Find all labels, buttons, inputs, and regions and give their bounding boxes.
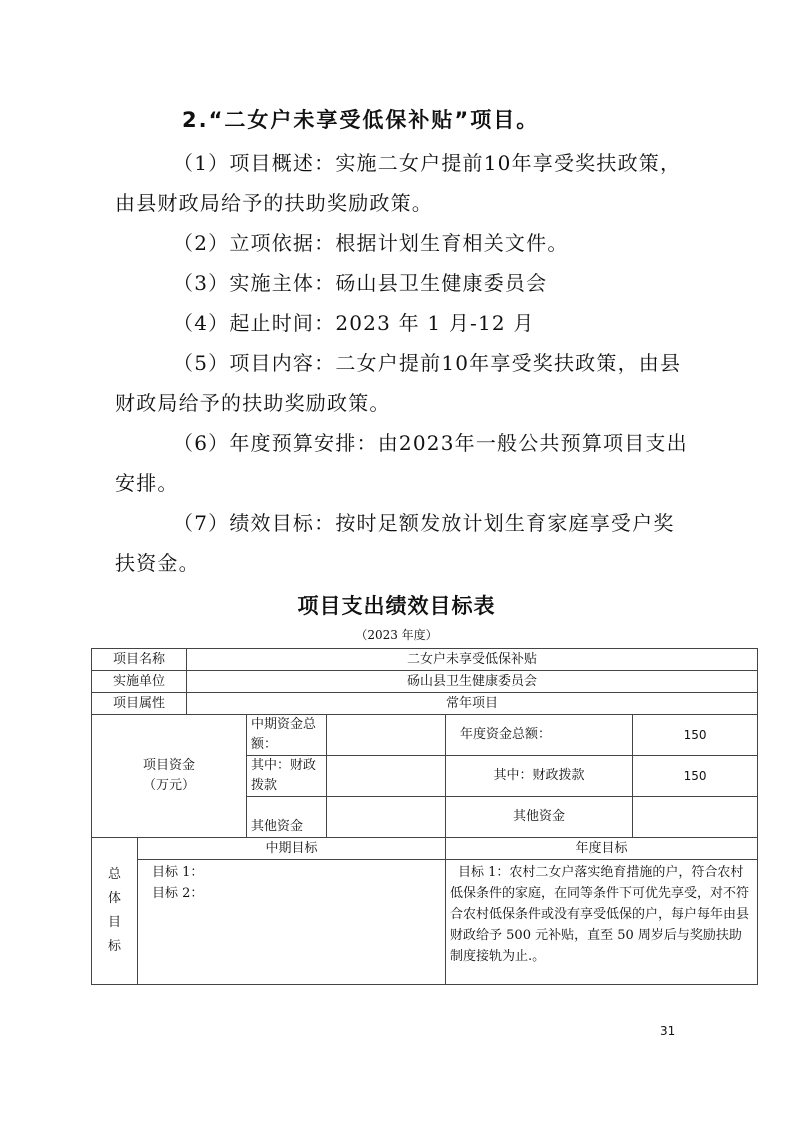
project-name-label: 项目名称 xyxy=(92,649,187,671)
mid-goal-header: 中期目标 xyxy=(138,838,446,860)
mid-other-label: 其他资金 xyxy=(247,797,327,838)
table-row: 项目名称 二女户未享受低保补贴 xyxy=(92,649,758,671)
funds-label-line2: （万元） xyxy=(96,776,242,796)
performance-target-table: 项目名称 二女户未享受低保补贴 实施单位 砀山县卫生健康委员会 项目属性 常年项… xyxy=(91,648,758,985)
mid-goal-2: 目标 2： xyxy=(152,883,441,904)
overall-goals-label: 总 体 目 标 xyxy=(92,838,138,985)
mid-fiscal-label: 其中：财政拨款 xyxy=(247,756,327,797)
section-heading: 2.“二女户未享受低保补贴”项目。 xyxy=(182,104,539,134)
item-basis-text: 根据计划生育相关文件。 xyxy=(335,231,568,255)
funds-label-line1: 项目资金 xyxy=(96,756,242,776)
table-row: 目标 1： 目标 2： 目标 1：农村二女户落实绝育措施的户，符合农村低保条件的… xyxy=(92,860,758,985)
table-row: 项目资金 （万元） 中期资金总额： 年度资金总额： 150 xyxy=(92,715,758,756)
item-period-label: （4）起止时间： xyxy=(173,311,335,335)
item-implementer-label: （3）实施主体： xyxy=(173,271,335,295)
mid-goals: 目标 1： 目标 2： xyxy=(138,860,446,985)
item-budget: （6）年度预算安排：由2023年一般公共预算项目支出安排。 xyxy=(115,423,695,503)
goals-label-char: 目 xyxy=(96,911,133,935)
mid-goal-1: 目标 1： xyxy=(152,862,441,883)
annual-fiscal-label: 其中：财政拨款 xyxy=(446,756,633,797)
table-row: 总 体 目 标 中期目标 年度目标 xyxy=(92,838,758,860)
mid-total-label: 中期资金总额： xyxy=(247,715,327,756)
annual-other-value xyxy=(633,797,758,838)
item-performance-goal-label: （7）绩效目标： xyxy=(173,511,335,535)
annual-fiscal-value: 150 xyxy=(633,756,758,797)
annual-other-label: 其他资金 xyxy=(446,797,633,838)
mid-fiscal-value xyxy=(327,756,446,797)
annual-goal-header: 年度目标 xyxy=(446,838,758,860)
funds-label: 项目资金 （万元） xyxy=(92,715,247,838)
item-period-text: 2023 年 1 月-12 月 xyxy=(335,311,534,335)
item-implementer-text: 砀山县卫生健康委员会 xyxy=(335,271,547,295)
item-period: （4）起止时间：2023 年 1 月-12 月 xyxy=(115,303,695,343)
mid-other-value xyxy=(327,797,446,838)
table-year: （2023 年度） xyxy=(0,626,793,643)
unit-value: 砀山县卫生健康委员会 xyxy=(187,671,758,693)
item-content: （5）项目内容：二女户提前10年享受奖扶政策，由县财政局给予的扶助奖励政策。 xyxy=(115,343,695,423)
annual-goal-text: 目标 1：农村二女户落实绝育措施的户，符合农村低保条件的家庭，在同等条件下可优先… xyxy=(446,860,758,985)
item-implementer: （3）实施主体：砀山县卫生健康委员会 xyxy=(115,263,695,303)
project-name-value: 二女户未享受低保补贴 xyxy=(187,649,758,671)
item-budget-label: （6）年度预算安排： xyxy=(173,431,378,455)
page-number: 31 xyxy=(660,1024,675,1038)
mid-total-value xyxy=(327,715,446,756)
annual-total-value: 150 xyxy=(633,715,758,756)
goals-label-char: 标 xyxy=(96,935,133,959)
item-overview: （1）项目概述：实施二女户提前10年享受奖扶政策，由县财政局给予的扶助奖励政策。 xyxy=(115,143,695,223)
item-content-label: （5）项目内容： xyxy=(173,351,335,375)
attr-value: 常年项目 xyxy=(187,693,758,715)
item-overview-label: （1）项目概述： xyxy=(173,151,335,175)
goals-label-char: 总 xyxy=(96,863,133,887)
unit-label: 实施单位 xyxy=(92,671,187,693)
annual-total-label: 年度资金总额： xyxy=(446,715,633,756)
item-basis-label: （2）立项依据： xyxy=(173,231,335,255)
attr-label: 项目属性 xyxy=(92,693,187,715)
item-basis: （2）立项依据：根据计划生育相关文件。 xyxy=(115,223,695,263)
item-performance-goal: （7）绩效目标：按时足额发放计划生育家庭享受户奖扶资金。 xyxy=(115,503,695,583)
table-row: 实施单位 砀山县卫生健康委员会 xyxy=(92,671,758,693)
goals-label-char: 体 xyxy=(96,887,133,911)
table-title: 项目支出绩效目标表 xyxy=(0,590,793,620)
table-row: 项目属性 常年项目 xyxy=(92,693,758,715)
